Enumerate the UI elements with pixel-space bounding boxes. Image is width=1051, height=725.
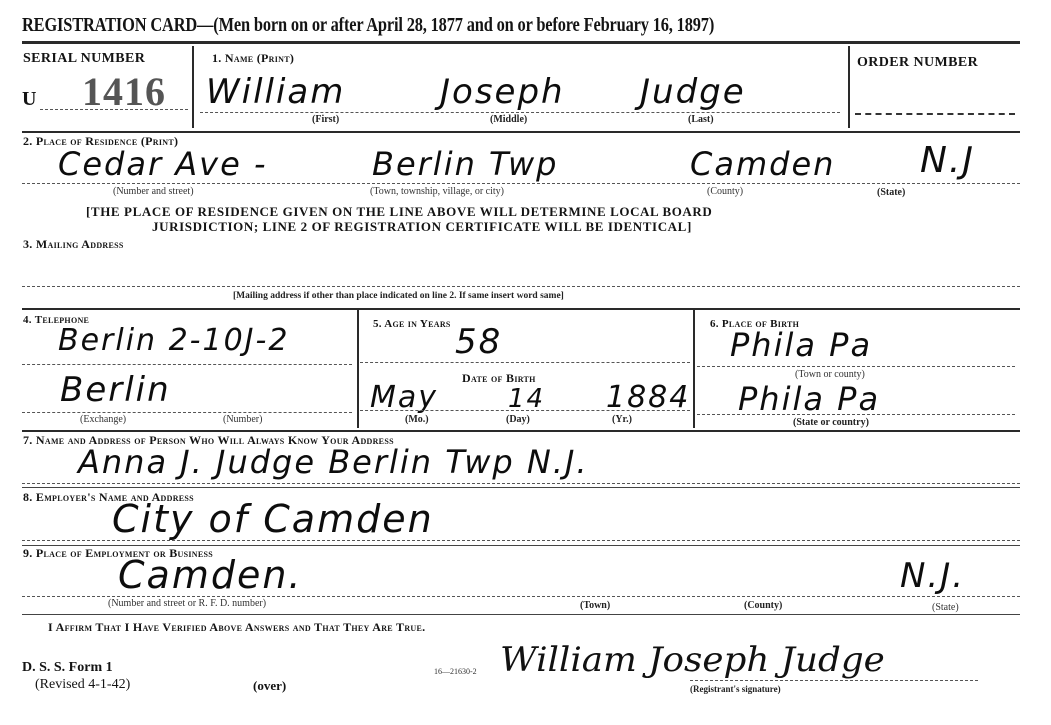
employment-state-value: N.J. [900, 556, 965, 596]
serial-number-label: SERIAL NUMBER [23, 51, 145, 67]
employment-street-value: Camden. [118, 553, 303, 597]
employer-value: City of Camden [112, 497, 434, 541]
rule-row3-bottom [22, 308, 1020, 310]
divider-phone-age [357, 310, 359, 428]
signature-underline [690, 680, 978, 681]
residence-notice-line2: JURISDICTION; LINE 2 OF REGISTRATION CER… [152, 219, 692, 235]
serial-number-value: 1416 [82, 68, 166, 115]
telephone-exchange-caption: (Exchange) [80, 414, 126, 425]
birth-place-state-caption: (State or country) [793, 417, 869, 428]
rule-row9-bottom [22, 614, 1020, 615]
telephone-line1-underline [22, 364, 352, 365]
form-name: D. S. S. Form 1 [22, 660, 113, 676]
employer-underline [22, 540, 1020, 541]
rule-row1-bottom [22, 131, 1020, 133]
birth-day-caption: (Day) [506, 414, 530, 425]
signature-caption: (Registrant's signature) [690, 684, 781, 694]
telephone-line2-value: Berlin [60, 370, 171, 410]
residence-state-caption: (State) [877, 187, 905, 198]
residence-town-caption: (Town, township, village, or city) [370, 186, 504, 197]
residence-county-value: Camden [690, 145, 835, 183]
residence-state-value: N.J [920, 140, 975, 181]
rule-title-bottom [22, 41, 1020, 44]
print-code: 16—21630-2 [434, 667, 477, 676]
divider-name-order [848, 46, 850, 128]
order-number-underline [855, 113, 1015, 115]
divider-age-birthplace [693, 310, 695, 428]
form-over-label: (over) [253, 678, 286, 694]
contact-person-value: Anna J. Judge Berlin Twp N.J. [78, 443, 589, 481]
registrant-signature: William Joseph Judge [500, 640, 885, 680]
age-value: 58 [455, 322, 502, 362]
telephone-line2-underline [22, 412, 352, 413]
name-middle-value: Joseph [440, 72, 565, 112]
divider-serial-name [192, 46, 194, 128]
residence-notice-line1: [THE PLACE OF RESIDENCE GIVEN ON THE LIN… [86, 204, 712, 220]
age-underline [360, 362, 690, 363]
name-label: 1. Name (Print) [212, 51, 294, 66]
employment-county-caption: (County) [744, 600, 782, 611]
telephone-number-caption: (Number) [223, 414, 262, 425]
card-title: REGISTRATION CARD—(Men born on or after … [22, 14, 714, 37]
affirmation-text: I Affirm That I Have Verified Above Answ… [48, 620, 425, 635]
birth-date-underline [360, 410, 690, 411]
birth-place-town-value: Phila Pa [730, 326, 872, 364]
birth-year-caption: (Yr.) [612, 414, 632, 425]
contact-person-underline [22, 483, 1020, 484]
mailing-address-caption: [Mailing address if other than place ind… [233, 291, 564, 301]
birth-month-caption: (Mo.) [405, 414, 429, 425]
rule-row6-bottom [22, 430, 1020, 432]
residence-underline [22, 183, 1020, 184]
serial-underline [40, 109, 188, 110]
mailing-address-label: 3. Mailing Address [23, 237, 124, 252]
rule-row7-bottom [22, 487, 1020, 488]
mailing-address-underline [22, 286, 1020, 287]
age-label: 5. Age in Years [373, 318, 451, 330]
order-number-label: ORDER NUMBER [857, 55, 978, 71]
name-first-caption: (First) [312, 114, 339, 125]
birth-place-town-caption: (Town or county) [795, 369, 865, 380]
residence-town-value: Berlin Twp [372, 145, 558, 183]
form-revised: (Revised 4-1-42) [35, 677, 130, 693]
name-last-value: Judge [640, 72, 746, 112]
name-last-caption: (Last) [688, 114, 714, 125]
employment-town-caption: (Town) [580, 600, 610, 611]
birth-place-town-underline [697, 366, 1015, 367]
residence-street-caption: (Number and street) [113, 186, 194, 197]
birth-place-state-underline [697, 414, 1015, 415]
serial-prefix: U [22, 88, 36, 111]
employment-place-underline [22, 596, 1020, 597]
telephone-line1-value: Berlin 2-10J-2 [58, 323, 289, 358]
employment-state-caption: (State) [932, 602, 959, 613]
name-underline [200, 112, 840, 113]
name-middle-caption: (Middle) [490, 114, 527, 125]
residence-county-caption: (County) [707, 186, 743, 197]
residence-street-value: Cedar Ave - [58, 145, 268, 183]
name-first-value: William [206, 72, 345, 112]
employment-street-caption: (Number and street or R. F. D. number) [108, 598, 266, 609]
birth-place-state-value: Phila Pa [738, 380, 880, 418]
